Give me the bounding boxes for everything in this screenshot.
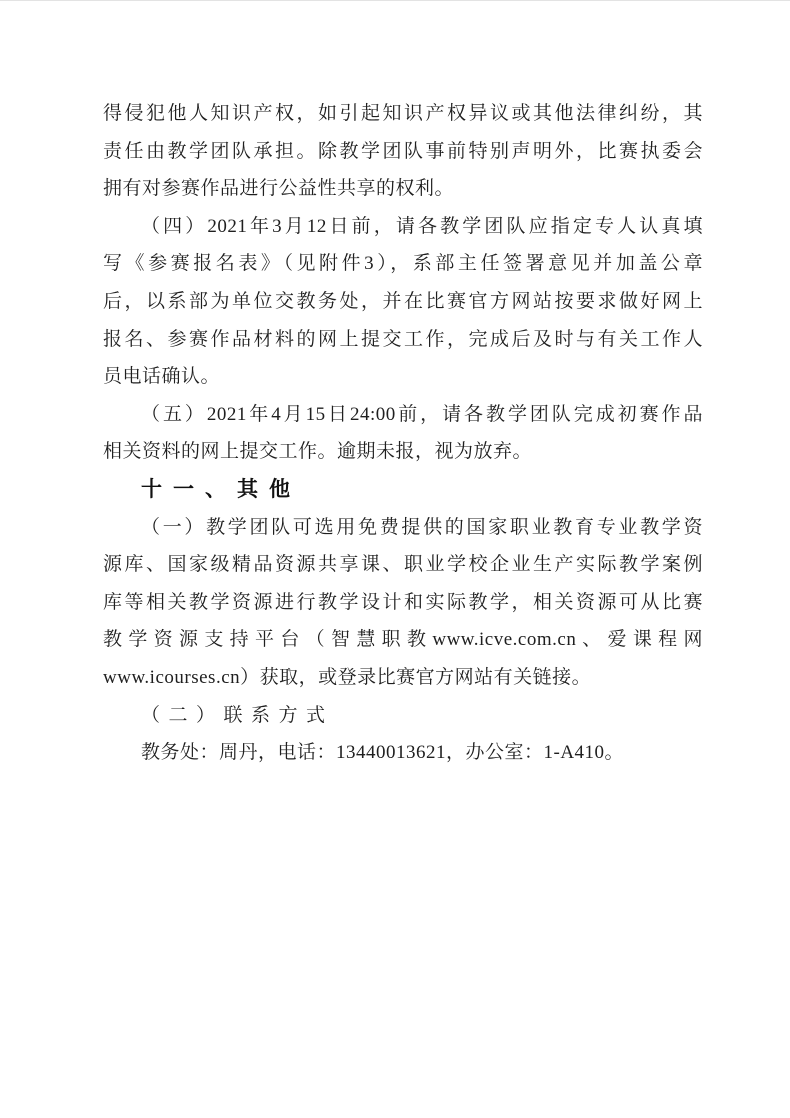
text-line: 写《参赛报名表》（见附件3），系部主任签署意见并加盖公章 (103, 245, 703, 283)
text-line: 教务处：周丹，电话：13440013621，办公室：1-A410。 (103, 734, 703, 772)
text-line: 教学资源支持平台（智慧职教www.icve.com.cn、爱课程网 (103, 621, 703, 659)
text-line: 后，以系部为单位交教务处，并在比赛官方网站按要求做好网上 (103, 283, 703, 321)
text-line: （五）2021年4月15日24:00前，请各教学团队完成初赛作品 (103, 396, 703, 434)
text-line: 责任由教学团队承担。除教学团队事前特别声明外，比赛执委会 (103, 133, 703, 171)
paragraph-item-1: （一）教学团队可选用免费提供的国家职业教育专业教学资 源库、国家级精品资源共享课… (103, 509, 703, 697)
text-line: 得侵犯他人知识产权，如引起知识产权异议或其他法律纠纷，其 (103, 95, 703, 133)
paragraph-item-4: （四）2021年3月12日前，请各教学团队应指定专人认真填 写《参赛报名表》（见… (103, 208, 703, 396)
text-line: 员电话确认。 (103, 358, 703, 396)
paragraph-item-2-contact: （二）联系方式 (103, 697, 703, 735)
text-line: （二）联系方式 (103, 697, 703, 735)
text-line: www.icourses.cn）获取，或登录比赛官方网站有关链接。 (103, 659, 703, 697)
text-line: 源库、国家级精品资源共享课、职业学校企业生产实际教学案例 (103, 546, 703, 584)
text-line: （四）2021年3月12日前，请各教学团队应指定专人认真填 (103, 208, 703, 246)
document-body: 得侵犯他人知识产权，如引起知识产权异议或其他法律纠纷，其 责任由教学团队承担。除… (103, 95, 703, 772)
paragraph-contact-details: 教务处：周丹，电话：13440013621，办公室：1-A410。 (103, 734, 703, 772)
paragraph-item-5: （五）2021年4月15日24:00前，请各教学团队完成初赛作品 相关资料的网上… (103, 396, 703, 471)
text-line: 相关资料的网上提交工作。逾期未报，视为放弃。 (103, 433, 703, 471)
section-heading: 十一、其他 (103, 471, 703, 509)
text-line: 报名、参赛作品材料的网上提交工作，完成后及时与有关工作人 (103, 321, 703, 359)
text-line: （一）教学团队可选用免费提供的国家职业教育专业教学资 (103, 509, 703, 547)
text-line: 库等相关教学资源进行教学设计和实际教学，相关资源可从比赛 (103, 584, 703, 622)
paragraph-continuation: 得侵犯他人知识产权，如引起知识产权异议或其他法律纠纷，其 责任由教学团队承担。除… (103, 95, 703, 208)
text-line: 拥有对参赛作品进行公益性共享的权利。 (103, 170, 703, 208)
document-page: 得侵犯他人知识产权，如引起知识产权异议或其他法律纠纷，其 责任由教学团队承担。除… (0, 0, 790, 1118)
